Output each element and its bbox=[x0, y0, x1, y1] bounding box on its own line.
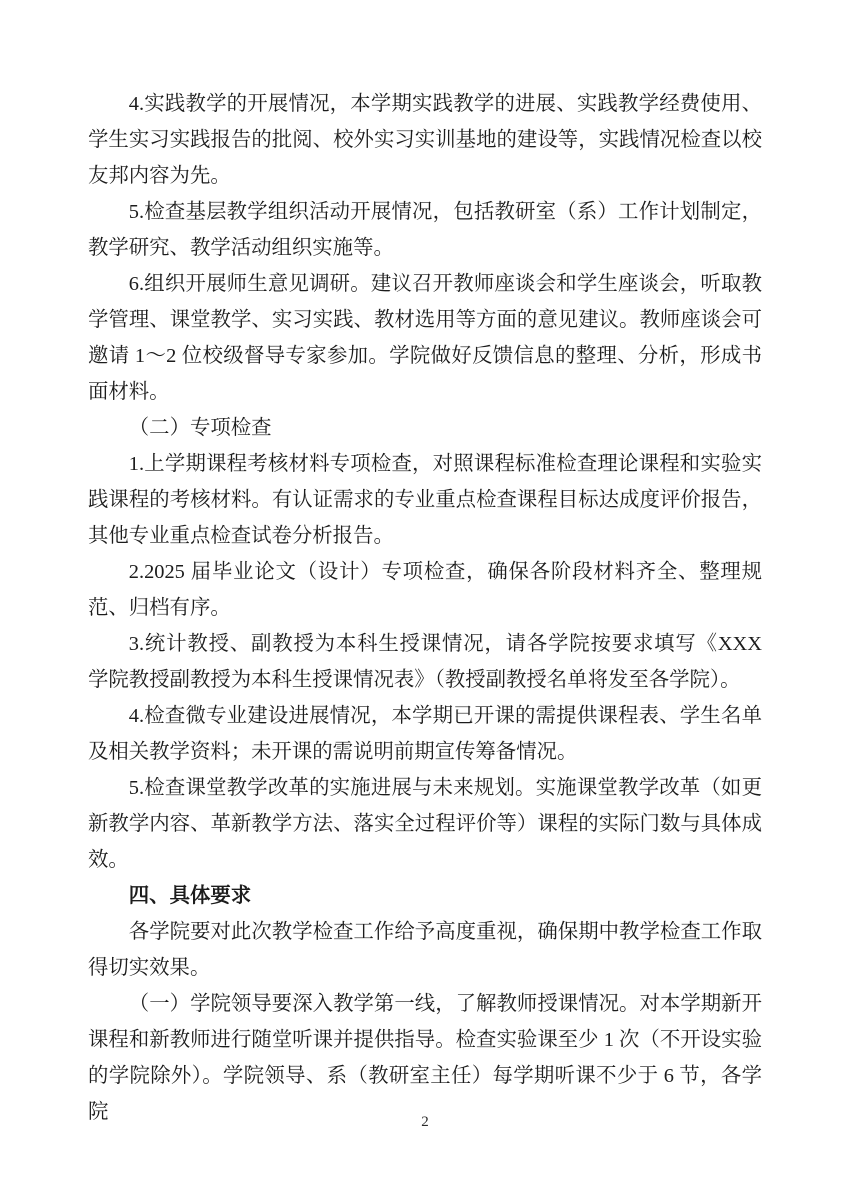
page-number: 2 bbox=[0, 1113, 850, 1131]
paragraph: 5.检查课堂教学改革的实施进展与未来规划。实施课堂教学改革（如更新教学内容、革新… bbox=[88, 770, 762, 878]
paragraph: 4.检查微专业建设进展情况，本学期已开课的需提供课程表、学生名单及相关教学资料；… bbox=[88, 698, 762, 770]
paragraph: 5.检查基层教学组织活动开展情况，包括教研室（系）工作计划制定，教学研究、教学活… bbox=[88, 194, 762, 266]
paragraph: 各学院要对此次教学检查工作给予高度重视，确保期中教学检查工作取得切实效果。 bbox=[88, 914, 762, 986]
paragraph: 3.统计教授、副教授为本科生授课情况，请各学院按要求填写《XXX 学院教授副教授… bbox=[88, 626, 762, 698]
paragraph: （二）专项检查 bbox=[88, 410, 762, 446]
paragraph: 6.组织开展师生意见调研。建议召开教师座谈会和学生座谈会，听取教学管理、课堂教学… bbox=[88, 266, 762, 410]
document-body: 4.实践教学的开展情况，本学期实践教学的进展、实践教学经费使用、学生实习实践报告… bbox=[88, 86, 762, 1130]
paragraph: （一）学院领导要深入教学第一线，了解教师授课情况。对本学期新开课程和新教师进行随… bbox=[88, 986, 762, 1130]
paragraph: 1.上学期课程考核材料专项检查，对照课程标准检查理论课程和实验实践课程的考核材料… bbox=[88, 446, 762, 554]
section-heading: 四、具体要求 bbox=[88, 878, 762, 914]
paragraph: 4.实践教学的开展情况，本学期实践教学的进展、实践教学经费使用、学生实习实践报告… bbox=[88, 86, 762, 194]
document-page: 4.实践教学的开展情况，本学期实践教学的进展、实践教学经费使用、学生实习实践报告… bbox=[0, 0, 850, 1202]
paragraph: 2.2025 届毕业论文（设计）专项检查，确保各阶段材料齐全、整理规范、归档有序… bbox=[88, 554, 762, 626]
